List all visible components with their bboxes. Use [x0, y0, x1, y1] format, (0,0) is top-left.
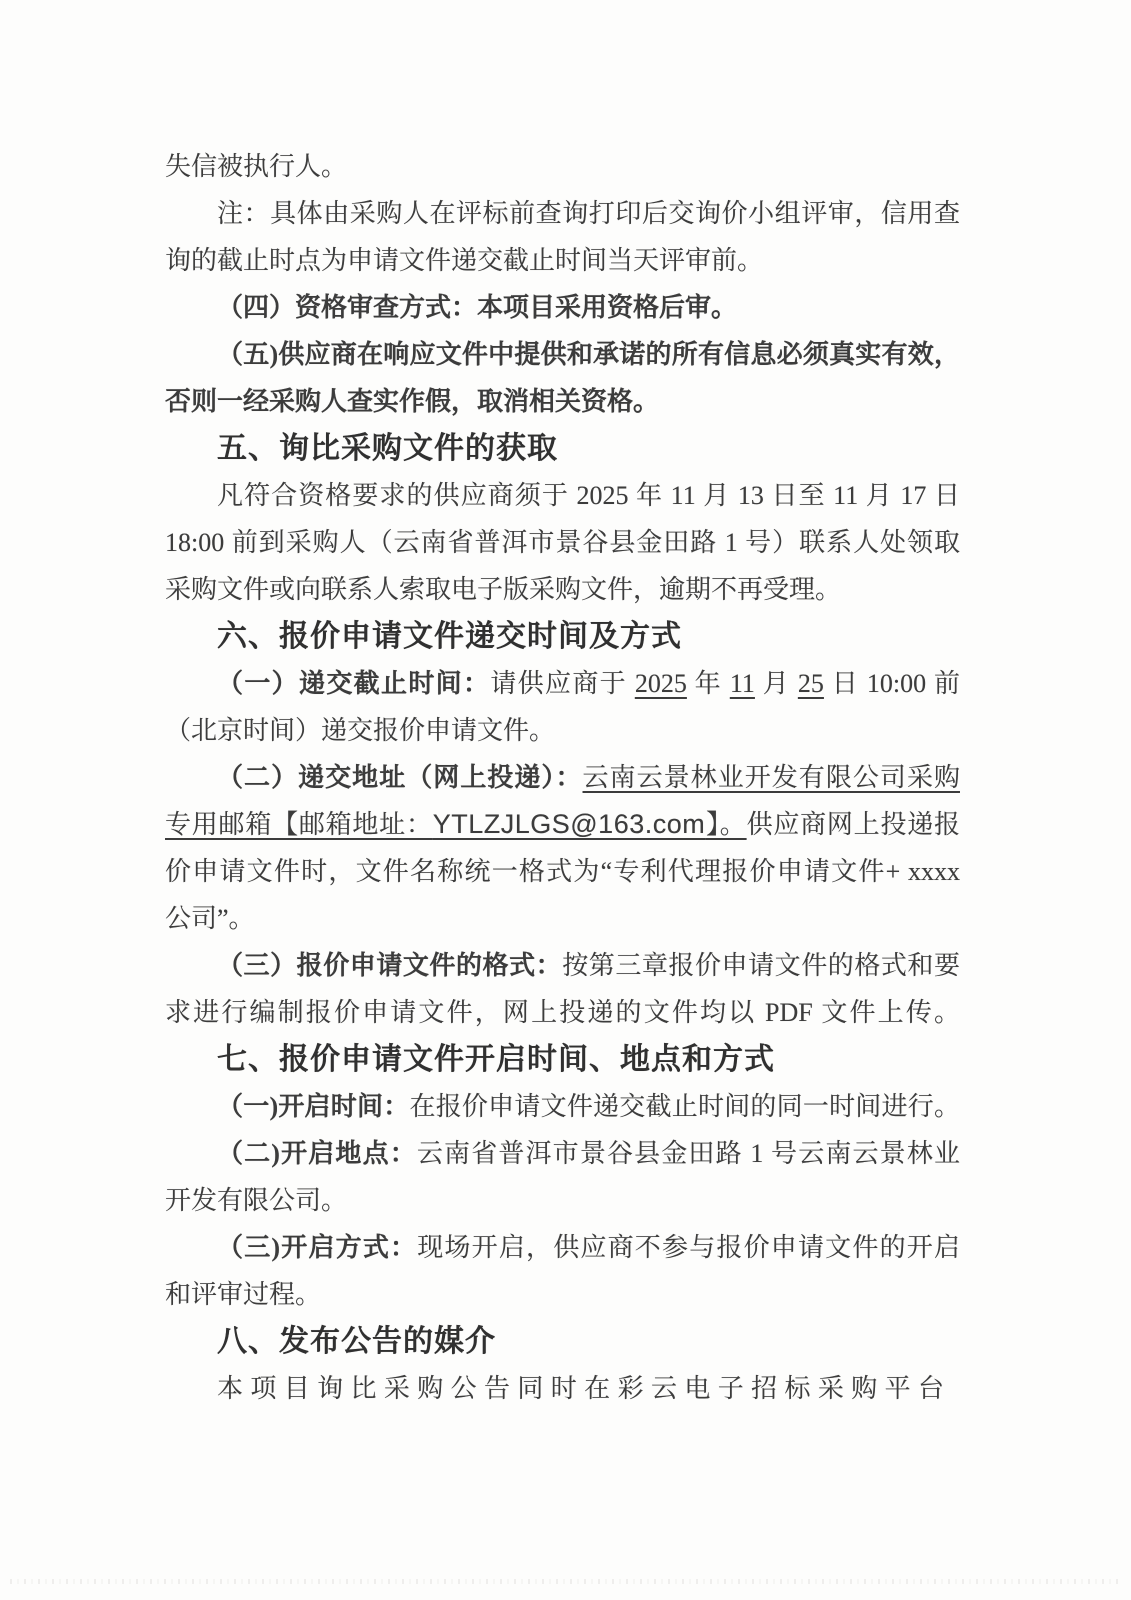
scan-artifact [10, 1579, 1121, 1584]
text-segment: 开发有限公司。 [165, 1186, 347, 1215]
text-segment: 和评审过程。 [165, 1280, 321, 1309]
text-segment: 询的截止时点为申请文件递交截止时间当天评审前。 [165, 246, 763, 275]
text-line: 凡符合资格要求的供应商须于 2025 年 11 月 13 日至 11 月 17 … [165, 472, 960, 519]
text-segment: 供应商网上投递报 [747, 810, 960, 839]
text-line: 本项目询比采购公告同时在彩云电子招标采购平台 [165, 1365, 960, 1412]
text-segment: 公司”。 [165, 904, 255, 933]
text-segment: 月 [755, 669, 798, 698]
heading-text: 七、报价申请文件开启时间、地点和方式 [217, 1043, 775, 1076]
text-line: （北京时间）递交报价申请文件。 [165, 707, 960, 754]
text-line: （二)开启地点：云南省普洱市景谷县金田路 1 号云南云景林业 [165, 1130, 960, 1177]
text-segment: 否则一经采购人查实作假，取消相关资格。 [165, 387, 659, 416]
text-line: 注：具体由采购人在评标前查询打印后交询价小组评审，信用查 [165, 190, 960, 237]
text-line: 和评审过程。 [165, 1271, 960, 1318]
text-segment: 请供应商于 [490, 669, 635, 698]
underlined-text: 25 [798, 669, 824, 698]
text-segment: 现场开启，供应商不参与报价申请文件的开启 [417, 1233, 960, 1262]
text-segment: 日 10:00 前 [824, 669, 960, 698]
text-line: 开发有限公司。 [165, 1177, 960, 1224]
text-line: 求进行编制报价申请文件，网上投递的文件均以 PDF 文件上传。 [165, 989, 960, 1036]
heading-text: 六、报价申请文件递交时间及方式 [217, 620, 682, 653]
text-line: （一)开启时间：在报价申请文件递交截止时间的同一时间进行。 [165, 1083, 960, 1130]
text-segment: 求进行编制报价申请文件，网上投递的文件均以 PDF 文件上传。 [165, 998, 960, 1027]
text-line: （三）报价申请文件的格式：按第三章报价申请文件的格式和要 [165, 942, 960, 989]
text-line: （五)供应商在响应文件中提供和承诺的所有信息必须真实有效， [165, 331, 960, 378]
text-segment: 本项目询比采购公告同时在彩云电子招标采购平台 [217, 1374, 944, 1403]
underlined-text: 11 [730, 669, 755, 698]
text-segment: 云南省普洱市景谷县金田路 1 号云南云景林业 [417, 1139, 960, 1168]
text-segment: 注：具体由采购人在评标前查询打印后交询价小组评审，信用查 [217, 199, 960, 228]
text-line: 18:00 前到采购人（云南省普洱市景谷县金田路 1 号）联系人处领取 [165, 519, 960, 566]
email-address: YTLZJLGS@163.com [433, 809, 706, 839]
document-page: 失信被执行人。 注：具体由采购人在评标前查询打印后交询价小组评审，信用查 询的截… [0, 0, 1131, 1600]
text-segment: 18:00 前到采购人（云南省普洱市景谷县金田路 1 号）联系人处领取 [165, 528, 960, 557]
item-label: （一）递交截止时间： [217, 669, 490, 698]
heading-text: 五、询比采购文件的获取 [217, 432, 558, 465]
text-line: （四）资格审查方式：本项目采用资格后审。 [165, 284, 960, 331]
text-segment: 年 [687, 669, 730, 698]
text-segment: 在报价申请文件递交截止时间的同一时间进行。 [409, 1092, 960, 1121]
text-segment: （北京时间）递交报价申请文件。 [165, 716, 555, 745]
text-line: （二）递交地址（网上投递）：云南云景林业开发有限公司采购 [165, 754, 960, 801]
text-segment: （五)供应商在响应文件中提供和承诺的所有信息必须真实有效， [217, 340, 960, 369]
section-heading: 八、发布公告的媒介 [165, 1318, 960, 1365]
underlined-text: 云南云景林业开发有限公司采购 [583, 763, 960, 792]
underlined-text: 专用邮箱【邮箱地址： [165, 810, 433, 839]
item-label: （二)开启地点： [217, 1139, 417, 1168]
text-segment: 凡符合资格要求的供应商须于 2025 年 11 月 13 日至 11 月 17 … [217, 481, 960, 510]
text-line: 价申请文件时，文件名称统一格式为“专利代理报价申请文件+ xxxx [165, 848, 960, 895]
text-segment: 采购文件或向联系人索取电子版采购文件，逾期不再受理。 [165, 575, 841, 604]
item-label: （四）资格审查方式：本项目采用资格后审。 [217, 293, 737, 322]
text-segment: 价申请文件时，文件名称统一格式为“专利代理报价申请文件+ xxxx [165, 857, 960, 886]
text-line: 专用邮箱【邮箱地址：YTLZJLGS@163.com】。供应商网上投递报 [165, 801, 960, 848]
text-line: 询的截止时点为申请文件递交截止时间当天评审前。 [165, 237, 960, 284]
item-label: （二）递交地址（网上投递）： [217, 763, 583, 792]
text-segment: 失信被执行人。 [165, 152, 347, 181]
document-body: 失信被执行人。 注：具体由采购人在评标前查询打印后交询价小组评审，信用查 询的截… [165, 143, 960, 1412]
section-heading: 五、询比采购文件的获取 [165, 425, 960, 472]
text-segment: 按第三章报价申请文件的格式和要 [562, 951, 960, 980]
underlined-text: 2025 [635, 669, 687, 698]
heading-text: 八、发布公告的媒介 [217, 1325, 496, 1358]
text-line: 失信被执行人。 [165, 143, 960, 190]
underlined-text: 】。 [705, 810, 746, 839]
text-line: 否则一经采购人查实作假，取消相关资格。 [165, 378, 960, 425]
item-label: （三)开启方式： [217, 1233, 417, 1262]
text-line: 采购文件或向联系人索取电子版采购文件，逾期不再受理。 [165, 566, 960, 613]
item-label: （三）报价申请文件的格式： [217, 951, 562, 980]
section-heading: 六、报价申请文件递交时间及方式 [165, 613, 960, 660]
text-line: （一）递交截止时间：请供应商于 2025 年 11 月 25 日 10:00 前 [165, 660, 960, 707]
item-label: （一)开启时间： [217, 1092, 409, 1121]
text-line: （三)开启方式：现场开启，供应商不参与报价申请文件的开启 [165, 1224, 960, 1271]
section-heading: 七、报价申请文件开启时间、地点和方式 [165, 1036, 960, 1083]
text-line: 公司”。 [165, 895, 960, 942]
